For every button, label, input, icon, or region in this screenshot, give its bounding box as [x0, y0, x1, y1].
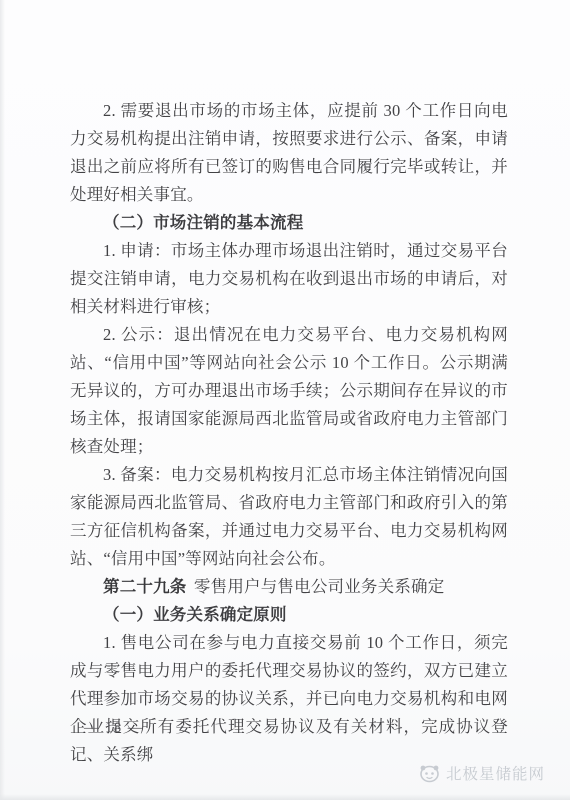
article-29-heading: 第二十九条零售用户与售电公司业务关系确定: [70, 573, 508, 601]
paragraph-retail-agency: 1. 售电公司在参与电力直接交易前 10 个工作日，须完成与零售电力用户的委托代…: [70, 629, 508, 769]
paragraph-step-application: 1. 申请：市场主体办理市场退出注销时，通过交易平台提交注销申请，电力交易机构在…: [70, 237, 508, 321]
subheading-cancellation-process: （二）市场注销的基本流程: [70, 209, 508, 237]
paragraph-step-publicity: 2. 公示：退出情况在电力交易平台、电力交易机构网站、“信用中国”等网站向社会公…: [70, 321, 508, 461]
paragraph-step-filing: 3. 备案：电力交易机构按月汇总市场主体注销情况向国家能源局西北监管局、省政府电…: [70, 461, 508, 573]
subheading-relation-principles: （一）业务关系确定原则: [70, 601, 508, 629]
watermark: 北极星储能网: [416, 762, 545, 784]
page-number: — 18 —: [84, 720, 144, 737]
scan-bottom-edge: [0, 794, 570, 800]
watermark-text: 北极星储能网: [446, 762, 545, 784]
document-body: 2. 需要退出市场的市场主体，应提前 30 个工作日向电力交易机构提出注销申请，…: [70, 97, 508, 769]
document-page: 2. 需要退出市场的市场主体，应提前 30 个工作日向电力交易机构提出注销申请，…: [0, 0, 570, 800]
paragraph-market-exit: 2. 需要退出市场的市场主体，应提前 30 个工作日向电力交易机构提出注销申请，…: [70, 97, 508, 209]
article-29-label: 第二十九条: [103, 577, 187, 596]
bjx-panda-face-icon: [416, 763, 442, 783]
article-29-title: 零售用户与售电公司业务关系确定: [194, 577, 445, 596]
scan-left-edge: [0, 0, 5, 800]
